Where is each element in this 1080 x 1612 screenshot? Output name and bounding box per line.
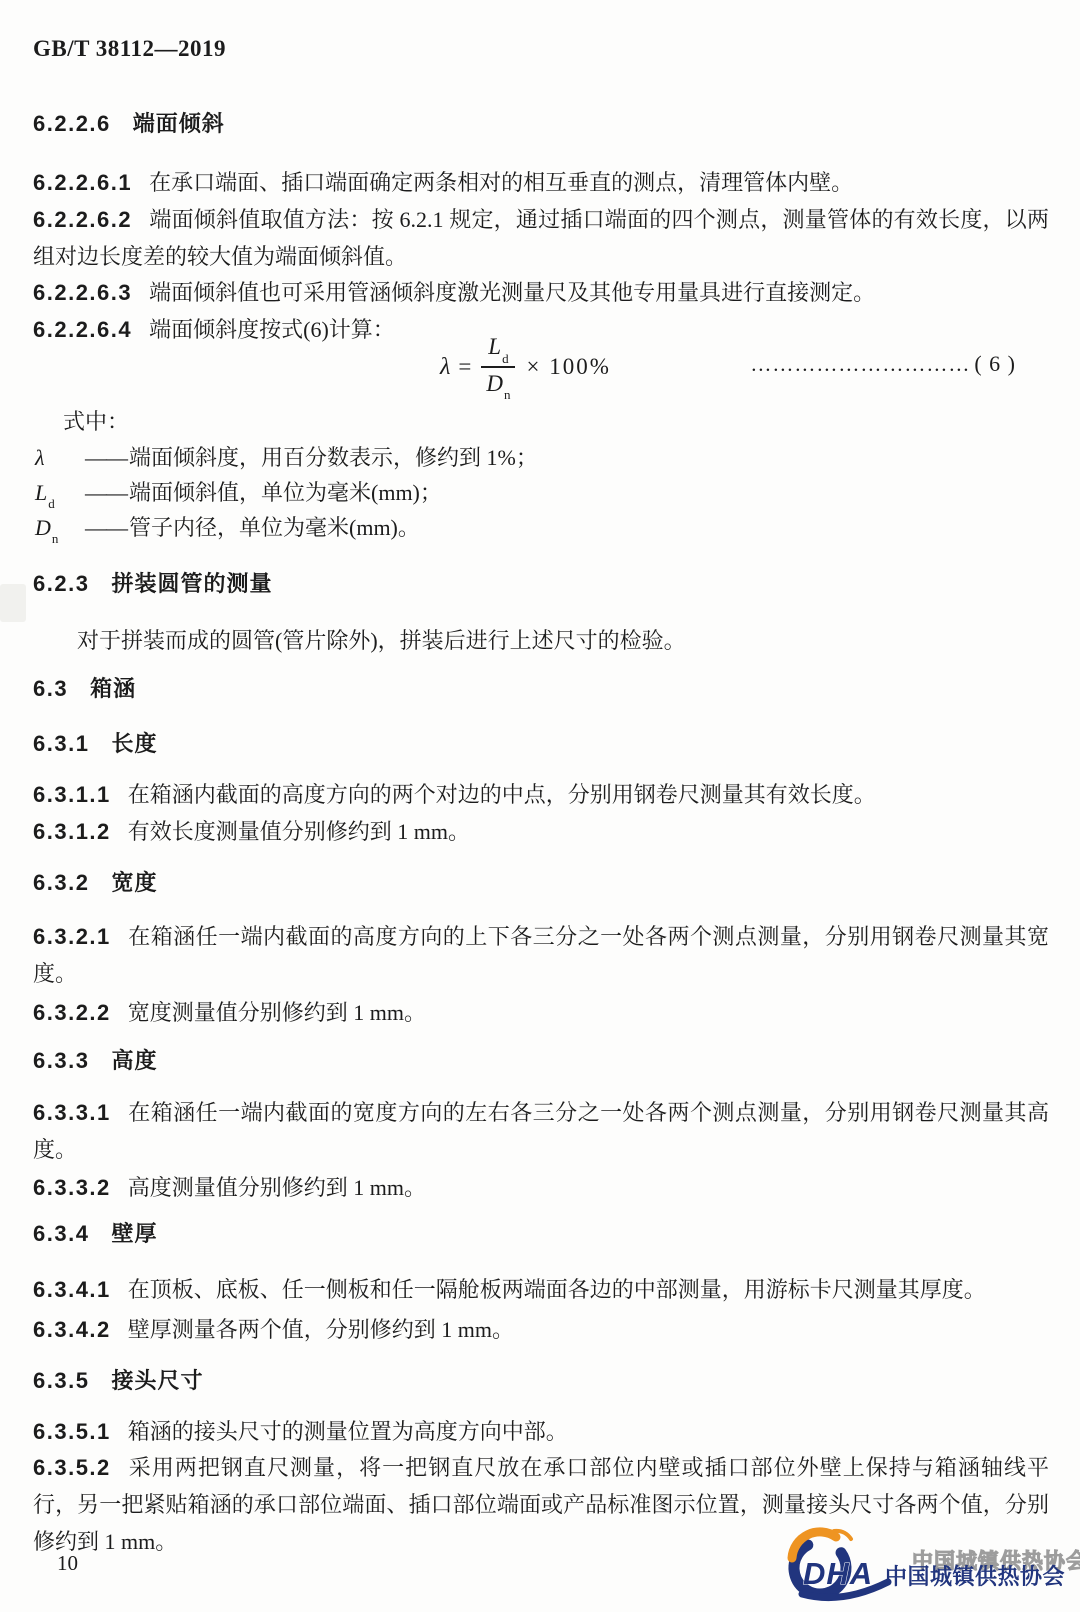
heading-number: 6.3.3 [33, 1048, 89, 1073]
lambda-symbol: λ [440, 354, 450, 381]
dha-emblem-icon: DHA [776, 1522, 896, 1608]
heading-6-3-3: 6.3.3高度 [33, 1046, 157, 1076]
clause-number: 6.3.1.1 [33, 782, 111, 807]
heading-6-2-3: 6.2.3拼装圆管的测量 [33, 569, 272, 599]
heading-title: 壁厚 [111, 1221, 157, 1246]
definition-text: 端面倾斜度，用百分数表示，修约到 1%； [129, 445, 538, 470]
multiplier: × 100% [527, 354, 611, 380]
clause-6-3-3-1: 6.3.3.1在箱涵任一端内截面的宽度方向的左右各三分之一处各两个测点测量，分别… [33, 1094, 1049, 1168]
clause-text: 在承口端面、插口端面确定两条相对的相互垂直的测点，清理管体内壁。 [149, 170, 853, 195]
heading-number: 6.3 [33, 676, 68, 701]
clause-number: 6.3.4.2 [33, 1317, 111, 1342]
clause-number: 6.2.2.6.1 [33, 170, 132, 195]
fraction-denominator: Dn [481, 366, 514, 401]
logo-abbr: DHA [803, 1556, 873, 1591]
clause-text: 宽度测量值分别修约到 1 mm。 [128, 1000, 426, 1025]
scan-artifact [0, 584, 26, 622]
clause-text: 端面倾斜值取值方法：按 6.2.1 规定，通过插口端面的四个测点，测量管体的有效… [33, 207, 1049, 269]
heading-title: 箱涵 [90, 676, 136, 701]
org-name: 中国城镇供热协会 [885, 1560, 1065, 1591]
clause-text: 壁厚测量各两个值，分别修约到 1 mm。 [128, 1317, 514, 1342]
clause-text: 有效长度测量值分别修约到 1 mm。 [128, 819, 470, 844]
heading-title: 端面倾斜 [133, 111, 225, 136]
document-page: GB/T 38112—2019 6.2.2.6端面倾斜 6.2.2.6.1在承口… [0, 0, 1080, 1612]
where-label: 式中： [63, 407, 129, 437]
clause-6-3-2-2: 6.3.2.2宽度测量值分别修约到 1 mm。 [33, 994, 1049, 1031]
clause-text: 在箱涵任一端内截面的高度方向的上下各三分之一处各两个测点测量，分别用钢卷尺测量其… [33, 924, 1049, 986]
association-logo: DHA 中国城镇供热协会 中国城镇供热协会 [776, 1522, 1080, 1610]
page-number: 10 [57, 1551, 78, 1576]
clause-text: 端面倾斜值也可采用管涵倾斜度激光测量尺及其他专用量具进行直接测定。 [149, 280, 875, 305]
heading-number: 6.3.2 [33, 870, 89, 895]
heading-title: 长度 [111, 731, 157, 756]
equation-number: ( 6 ) [974, 351, 1016, 376]
heading-6-3-5: 6.3.5接头尺寸 [33, 1366, 203, 1396]
leader-dots: ………………………… [750, 352, 970, 376]
symbol: Dn [35, 513, 85, 551]
symbol-definition-ld: Ld——端面倾斜值，单位为毫米(mm)； [35, 478, 1035, 516]
definition-dash: —— [85, 515, 127, 540]
heading-number: 6.2.3 [33, 571, 89, 596]
definition-dash: —— [85, 480, 127, 505]
clause-6-3-2-1: 6.3.2.1在箱涵任一端内截面的高度方向的上下各三分之一处各两个测点测量，分别… [33, 918, 1049, 992]
clause-text: 高度测量值分别修约到 1 mm。 [128, 1175, 426, 1200]
clause-6-3-3-2: 6.3.3.2高度测量值分别修约到 1 mm。 [33, 1169, 1049, 1206]
heading-6-3-1: 6.3.1长度 [33, 729, 157, 759]
clause-number: 6.2.2.6.3 [33, 280, 132, 305]
clause-number: 6.3.5.2 [33, 1455, 111, 1480]
clause-number: 6.2.2.6.2 [33, 207, 132, 232]
equals-sign: = [458, 354, 471, 380]
heading-title: 接头尺寸 [111, 1368, 203, 1393]
symbol: λ [35, 443, 85, 481]
clause-number: 6.3.3.1 [33, 1100, 111, 1125]
standard-code: GB/T 38112—2019 [33, 36, 226, 62]
clause-6-2-2-6-2: 6.2.2.6.2端面倾斜值取值方法：按 6.2.1 规定，通过插口端面的四个测… [33, 201, 1049, 275]
clause-number: 6.3.1.2 [33, 819, 111, 844]
clause-number: 6.3.4.1 [33, 1277, 111, 1302]
heading-title: 高度 [111, 1048, 157, 1073]
clause-6-2-2-6-1: 6.2.2.6.1在承口端面、插口端面确定两条相对的相互垂直的测点，清理管体内壁… [33, 164, 1049, 201]
heading-6-2-2-6: 6.2.2.6端面倾斜 [33, 109, 225, 139]
heading-title: 拼装圆管的测量 [111, 571, 272, 596]
heading-number: 6.3.1 [33, 731, 89, 756]
clause-6-2-2-6-3: 6.2.2.6.3端面倾斜值也可采用管涵倾斜度激光测量尺及其他专用量具进行直接测… [33, 274, 1049, 311]
clause-number: 6.3.2.1 [33, 924, 111, 949]
definition-text: 管子内径，单位为毫米(mm)。 [129, 515, 420, 540]
equation-6: λ = Ld Dn × 100% [440, 337, 611, 397]
clause-number: 6.3.3.2 [33, 1175, 111, 1200]
clause-text: 在顶板、底板、任一侧板和任一隔舱板两端面各边的中部测量，用游标卡尺测量其厚度。 [128, 1277, 986, 1302]
heading-6-3-4: 6.3.4壁厚 [33, 1219, 157, 1249]
clause-6-3-4-2: 6.3.4.2壁厚测量各两个值，分别修约到 1 mm。 [33, 1311, 1049, 1348]
clause-6-3-4-1: 6.3.4.1在顶板、底板、任一侧板和任一隔舱板两端面各边的中部测量，用游标卡尺… [33, 1271, 1049, 1308]
clause-text: 在箱涵内截面的高度方向的两个对边的中点，分别用钢卷尺测量其有效长度。 [128, 782, 876, 807]
symbol: Ld [35, 478, 85, 516]
clause-text: 在箱涵任一端内截面的宽度方向的左右各三分之一处各两个测点测量，分别用钢卷尺测量其… [33, 1100, 1049, 1162]
heading-6-3: 6.3箱涵 [33, 674, 136, 704]
heading-number: 6.3.4 [33, 1221, 89, 1246]
heading-number: 6.3.5 [33, 1368, 89, 1393]
heading-6-3-2: 6.3.2宽度 [33, 868, 157, 898]
fraction-numerator: Ld [483, 334, 512, 366]
paragraph-6-2-3: 对于拼装而成的圆管(管片除外)，拼装后进行上述尺寸的检验。 [33, 622, 1049, 659]
clause-6-3-1-2: 6.3.1.2有效长度测量值分别修约到 1 mm。 [33, 813, 1049, 850]
fraction: Ld Dn [481, 334, 514, 400]
definition-text: 端面倾斜值，单位为毫米(mm)； [129, 480, 442, 505]
clause-number: 6.3.2.2 [33, 1000, 111, 1025]
clause-6-3-1-1: 6.3.1.1在箱涵内截面的高度方向的两个对边的中点，分别用钢卷尺测量其有效长度… [33, 776, 1049, 813]
clause-text: 箱涵的接头尺寸的测量位置为高度方向中部。 [128, 1419, 568, 1444]
equation-leader: …………………………( 6 ) [750, 351, 1016, 377]
heading-title: 宽度 [111, 870, 157, 895]
symbol-definition-dn: Dn——管子内径，单位为毫米(mm)。 [35, 513, 1035, 551]
symbol-definition-lambda: λ——端面倾斜度，用百分数表示，修约到 1%； [35, 443, 1035, 481]
heading-number: 6.2.2.6 [33, 111, 111, 136]
clause-number: 6.2.2.6.4 [33, 317, 132, 342]
clause-number: 6.3.5.1 [33, 1419, 111, 1444]
definition-dash: —— [85, 445, 127, 470]
clause-text: 端面倾斜度按式(6)计算： [149, 317, 395, 342]
clause-6-3-5-1: 6.3.5.1箱涵的接头尺寸的测量位置为高度方向中部。 [33, 1413, 1049, 1450]
